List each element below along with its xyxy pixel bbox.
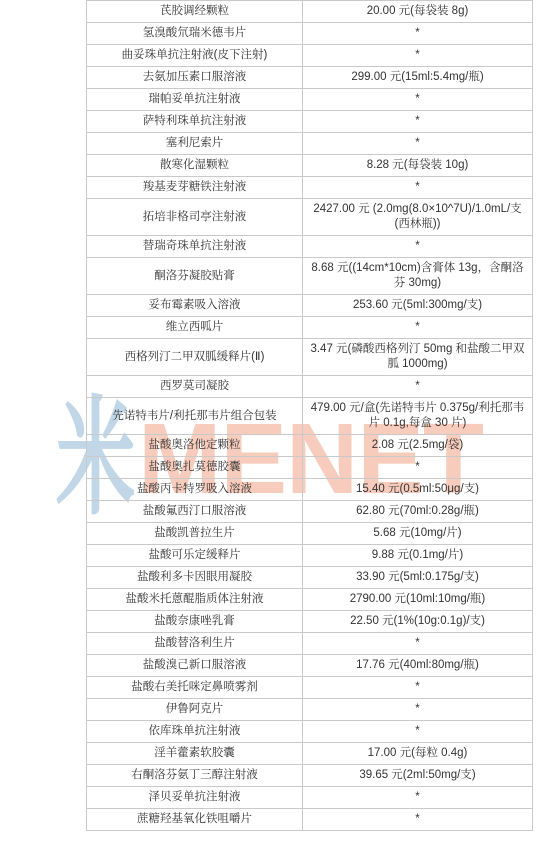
drug-price-cell: * bbox=[303, 317, 532, 338]
drug-price-cell: 253.60 元(5ml:300mg/支) bbox=[303, 295, 532, 316]
drug-price-cell: * bbox=[303, 457, 532, 478]
drug-price-cell: 22.50 元(1%(10g:0.1g)/支) bbox=[303, 611, 532, 632]
table-row: 盐酸米托蒽醌脂质体注射液 2790.00 元(10ml:10mg/瓶) bbox=[87, 589, 532, 611]
drug-price-cell: 17.00 元(每粒 0.4g) bbox=[303, 743, 532, 764]
drug-name-cell: 泽贝妥单抗注射液 bbox=[87, 787, 303, 808]
drug-name-cell: 拓培非格司亭注射液 bbox=[87, 199, 303, 235]
drug-name-cell: 曲妥珠单抗注射液(皮下注射) bbox=[87, 45, 303, 66]
drug-price-cell: * bbox=[303, 787, 532, 808]
drug-price-cell: * bbox=[303, 699, 532, 720]
drug-price-cell: * bbox=[303, 89, 532, 110]
drug-name-cell: 散寒化湿颗粒 bbox=[87, 155, 303, 176]
drug-name-cell: 妥布霉素吸入溶液 bbox=[87, 295, 303, 316]
drug-price-table: 芪胶调经颗粒 20.00 元(每袋装 8g) 氢溴酸氘瑞米德韦片 * 曲妥珠单抗… bbox=[86, 0, 533, 831]
drug-price-cell: * bbox=[303, 236, 532, 257]
drug-price-cell: 20.00 元(每袋装 8g) bbox=[303, 1, 532, 22]
table-row: 萨特利珠单抗注射液 * bbox=[87, 111, 532, 133]
table-row: 泽贝妥单抗注射液 * bbox=[87, 787, 532, 809]
drug-name-cell: 盐酸奥扎莫德胶囊 bbox=[87, 457, 303, 478]
drug-name-cell: 盐酸凯普拉生片 bbox=[87, 523, 303, 544]
drug-price-cell: * bbox=[303, 177, 532, 198]
drug-name-cell: 盐酸溴己新口服溶液 bbox=[87, 655, 303, 676]
drug-name-cell: 替瑞奇珠单抗注射液 bbox=[87, 236, 303, 257]
drug-name-cell: 盐酸替洛利生片 bbox=[87, 633, 303, 654]
drug-price-cell: 9.88 元(0.1mg/片) bbox=[303, 545, 532, 566]
table-row: 盐酸右美托咪定鼻喷雾剂 * bbox=[87, 677, 532, 699]
drug-price-cell: 2427.00 元 (2.0mg(8.0×10^7U)/1.0mL/支 (西林瓶… bbox=[303, 199, 532, 235]
table-row: 西罗莫司凝胶 * bbox=[87, 376, 532, 398]
drug-price-cell: * bbox=[303, 677, 532, 698]
table-row: 曲妥珠单抗注射液(皮下注射) * bbox=[87, 45, 532, 67]
table-row: 氢溴酸氘瑞米德韦片 * bbox=[87, 23, 532, 45]
table-row: 酮洛芬凝胶贴膏 8.68 元((14cm*10cm)含膏体 13g，含酮洛芬 3… bbox=[87, 258, 532, 295]
drug-name-cell: 酮洛芬凝胶贴膏 bbox=[87, 258, 303, 294]
drug-price-cell: 2.08 元(2.5mg/袋) bbox=[303, 435, 532, 456]
drug-price-cell: * bbox=[303, 133, 532, 154]
drug-name-cell: 盐酸奥洛他定颗粒 bbox=[87, 435, 303, 456]
drug-price-cell: 39.65 元(2ml:50mg/支) bbox=[303, 765, 532, 786]
drug-name-cell: 去氨加压素口服溶液 bbox=[87, 67, 303, 88]
table-row: 塞利尼索片 * bbox=[87, 133, 532, 155]
table-row: 瑞帕妥单抗注射液 * bbox=[87, 89, 532, 111]
drug-name-cell: 伊鲁阿克片 bbox=[87, 699, 303, 720]
drug-price-cell: 8.28 元(每袋装 10g) bbox=[303, 155, 532, 176]
drug-name-cell: 盐酸奈康唑乳膏 bbox=[87, 611, 303, 632]
table-row: 盐酸凯普拉生片 5.68 元(10mg/片) bbox=[87, 523, 532, 545]
drug-price-cell: * bbox=[303, 809, 532, 830]
table-row: 盐酸丙卡特罗吸入溶液 15.40 元(0.5ml:50μg/支) bbox=[87, 479, 532, 501]
drug-name-cell: 盐酸可乐定缓释片 bbox=[87, 545, 303, 566]
table-row: 盐酸奥洛他定颗粒 2.08 元(2.5mg/袋) bbox=[87, 435, 532, 457]
table-row: 先诺特韦片/利托那韦片组合包装 479.00 元/盒(先诺特韦片 0.375g/… bbox=[87, 398, 532, 435]
table-row: 盐酸氟西汀口服溶液 62.80 元(70ml:0.28g/瓶) bbox=[87, 501, 532, 523]
drug-price-cell: 2790.00 元(10ml:10mg/瓶) bbox=[303, 589, 532, 610]
drug-price-cell: * bbox=[303, 111, 532, 132]
drug-name-cell: 盐酸米托蒽醌脂质体注射液 bbox=[87, 589, 303, 610]
drug-name-cell: 西罗莫司凝胶 bbox=[87, 376, 303, 397]
drug-price-cell: * bbox=[303, 633, 532, 654]
drug-name-cell: 盐酸利多卡因眼用凝胶 bbox=[87, 567, 303, 588]
drug-price-cell: 299.00 元(15ml:5.4mg/瓶) bbox=[303, 67, 532, 88]
drug-name-cell: 瑞帕妥单抗注射液 bbox=[87, 89, 303, 110]
drug-price-cell: 5.68 元(10mg/片) bbox=[303, 523, 532, 544]
drug-name-cell: 西格列汀二甲双胍缓释片(Ⅱ) bbox=[87, 339, 303, 375]
drug-price-cell: 3.47 元(磷酸西格列汀 50mg 和盐酸二甲双胍 1000mg) bbox=[303, 339, 532, 375]
table-row: 蔗糖羟基氧化铁咀嚼片 * bbox=[87, 809, 532, 830]
table-row: 盐酸替洛利生片 * bbox=[87, 633, 532, 655]
drug-price-cell: * bbox=[303, 721, 532, 742]
table-row: 维立西呱片 * bbox=[87, 317, 532, 339]
drug-name-cell: 先诺特韦片/利托那韦片组合包装 bbox=[87, 398, 303, 434]
drug-price-cell: 8.68 元((14cm*10cm)含膏体 13g，含酮洛芬 30mg) bbox=[303, 258, 532, 294]
drug-name-cell: 蔗糖羟基氧化铁咀嚼片 bbox=[87, 809, 303, 830]
table-row: 盐酸奈康唑乳膏 22.50 元(1%(10g:0.1g)/支) bbox=[87, 611, 532, 633]
table-row: 拓培非格司亭注射液 2427.00 元 (2.0mg(8.0×10^7U)/1.… bbox=[87, 199, 532, 236]
drug-price-cell: 17.76 元(40ml:80mg/瓶) bbox=[303, 655, 532, 676]
drug-name-cell: 盐酸右美托咪定鼻喷雾剂 bbox=[87, 677, 303, 698]
drug-name-cell: 塞利尼索片 bbox=[87, 133, 303, 154]
drug-price-cell: 479.00 元/盒(先诺特韦片 0.375g/利托那韦片 0.1g,每盒 30… bbox=[303, 398, 532, 434]
table-row: 盐酸可乐定缓释片 9.88 元(0.1mg/片) bbox=[87, 545, 532, 567]
drug-name-cell: 依库珠单抗注射液 bbox=[87, 721, 303, 742]
table-row: 盐酸溴己新口服溶液 17.76 元(40ml:80mg/瓶) bbox=[87, 655, 532, 677]
drug-price-cell: 62.80 元(70ml:0.28g/瓶) bbox=[303, 501, 532, 522]
table-row: 伊鲁阿克片 * bbox=[87, 699, 532, 721]
drug-name-cell: 盐酸丙卡特罗吸入溶液 bbox=[87, 479, 303, 500]
table-row: 散寒化湿颗粒 8.28 元(每袋装 10g) bbox=[87, 155, 532, 177]
drug-name-cell: 右酮洛芬氨丁三醇注射液 bbox=[87, 765, 303, 786]
table-row: 芪胶调经颗粒 20.00 元(每袋装 8g) bbox=[87, 1, 532, 23]
table-row: 淫羊藿素软胶囊 17.00 元(每粒 0.4g) bbox=[87, 743, 532, 765]
drug-name-cell: 羧基麦芽糖铁注射液 bbox=[87, 177, 303, 198]
drug-price-cell: * bbox=[303, 45, 532, 66]
drug-name-cell: 氢溴酸氘瑞米德韦片 bbox=[87, 23, 303, 44]
drug-name-cell: 盐酸氟西汀口服溶液 bbox=[87, 501, 303, 522]
drug-name-cell: 维立西呱片 bbox=[87, 317, 303, 338]
drug-price-cell: 33.90 元(5ml:0.175g/支) bbox=[303, 567, 532, 588]
table-row: 羧基麦芽糖铁注射液 * bbox=[87, 177, 532, 199]
table-row: 依库珠单抗注射液 * bbox=[87, 721, 532, 743]
drug-name-cell: 芪胶调经颗粒 bbox=[87, 1, 303, 22]
table-row: 盐酸利多卡因眼用凝胶 33.90 元(5ml:0.175g/支) bbox=[87, 567, 532, 589]
table-row: 妥布霉素吸入溶液 253.60 元(5ml:300mg/支) bbox=[87, 295, 532, 317]
table-row: 右酮洛芬氨丁三醇注射液 39.65 元(2ml:50mg/支) bbox=[87, 765, 532, 787]
table-row: 去氨加压素口服溶液 299.00 元(15ml:5.4mg/瓶) bbox=[87, 67, 532, 89]
drug-price-cell: * bbox=[303, 23, 532, 44]
table-row: 西格列汀二甲双胍缓释片(Ⅱ) 3.47 元(磷酸西格列汀 50mg 和盐酸二甲双… bbox=[87, 339, 532, 376]
drug-price-cell: 15.40 元(0.5ml:50μg/支) bbox=[303, 479, 532, 500]
table-row: 替瑞奇珠单抗注射液 * bbox=[87, 236, 532, 258]
drug-name-cell: 萨特利珠单抗注射液 bbox=[87, 111, 303, 132]
table-row: 盐酸奥扎莫德胶囊 * bbox=[87, 457, 532, 479]
drug-name-cell: 淫羊藿素软胶囊 bbox=[87, 743, 303, 764]
drug-price-cell: * bbox=[303, 376, 532, 397]
